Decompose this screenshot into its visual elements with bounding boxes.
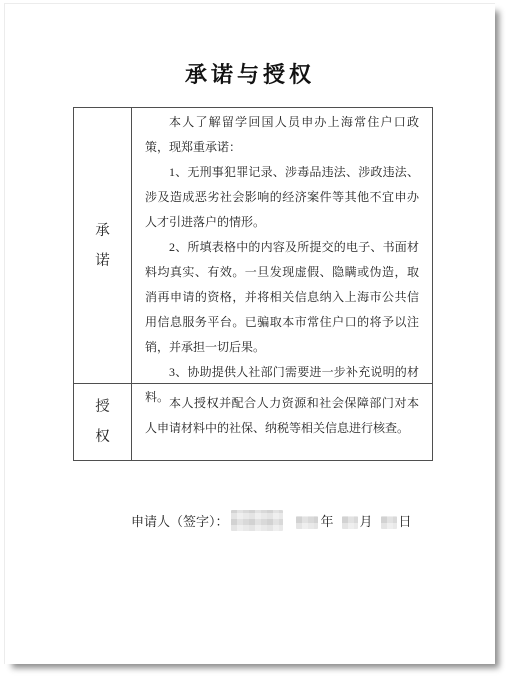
row-label-cell-authorization: 授权 (74, 384, 132, 460)
table-row-commitment: 承诺 本人了解留学回国人员申办上海常住户口政策，现郑重承诺： 1、无刑事犯罪记录… (74, 108, 432, 383)
redacted-year-value (296, 516, 318, 529)
table-row-authorization: 授权 本人授权并配合人力资源和社会保障部门对本人申请材料中的社保、纳税等相关信息… (74, 383, 432, 460)
page-title: 承诺与授权 (5, 58, 495, 89)
month-label: 月 (360, 514, 373, 529)
day-label: 日 (399, 514, 412, 529)
commitment-item-1: 1、无刑事犯罪记录、涉毒品违法、涉政违法、涉及造成恶劣社会影响的经济案件等其他不… (145, 160, 419, 235)
authorization-paragraph: 本人授权并配合人力资源和社会保障部门对本人申请材料中的社保、纳税等相关信息进行核… (145, 391, 419, 441)
commitment-intro-paragraph: 本人了解留学回国人员申办上海常住户口政策，现郑重承诺： (145, 110, 419, 160)
redacted-day-value (381, 516, 397, 529)
commitment-label: 承诺 (95, 216, 110, 276)
signature-prefix: 申请人（签字）： (131, 514, 229, 529)
redacted-applicant-name (231, 510, 283, 531)
signature-line: 申请人（签字）：年月日 (131, 510, 412, 534)
redacted-month-value (342, 516, 358, 529)
authorization-content-cell: 本人授权并配合人力资源和社会保障部门对本人申请材料中的社保、纳税等相关信息进行核… (132, 384, 432, 460)
commitment-authorization-table: 承诺 本人了解留学回国人员申办上海常住户口政策，现郑重承诺： 1、无刑事犯罪记录… (73, 107, 433, 461)
commitment-item-2: 2、所填表格中的内容及所提交的电子、书面材料均真实、有效。一旦发现虚假、隐瞒或伪… (145, 235, 419, 360)
year-label: 年 (321, 514, 334, 529)
document-page: 承诺与授权 承诺 本人了解留学回国人员申办上海常住户口政策，现郑重承诺： 1、无… (4, 3, 495, 664)
authorization-label: 授权 (95, 392, 110, 452)
commitment-content-cell: 本人了解留学回国人员申办上海常住户口政策，现郑重承诺： 1、无刑事犯罪记录、涉毒… (132, 108, 432, 383)
row-label-cell-commitment: 承诺 (74, 108, 132, 383)
